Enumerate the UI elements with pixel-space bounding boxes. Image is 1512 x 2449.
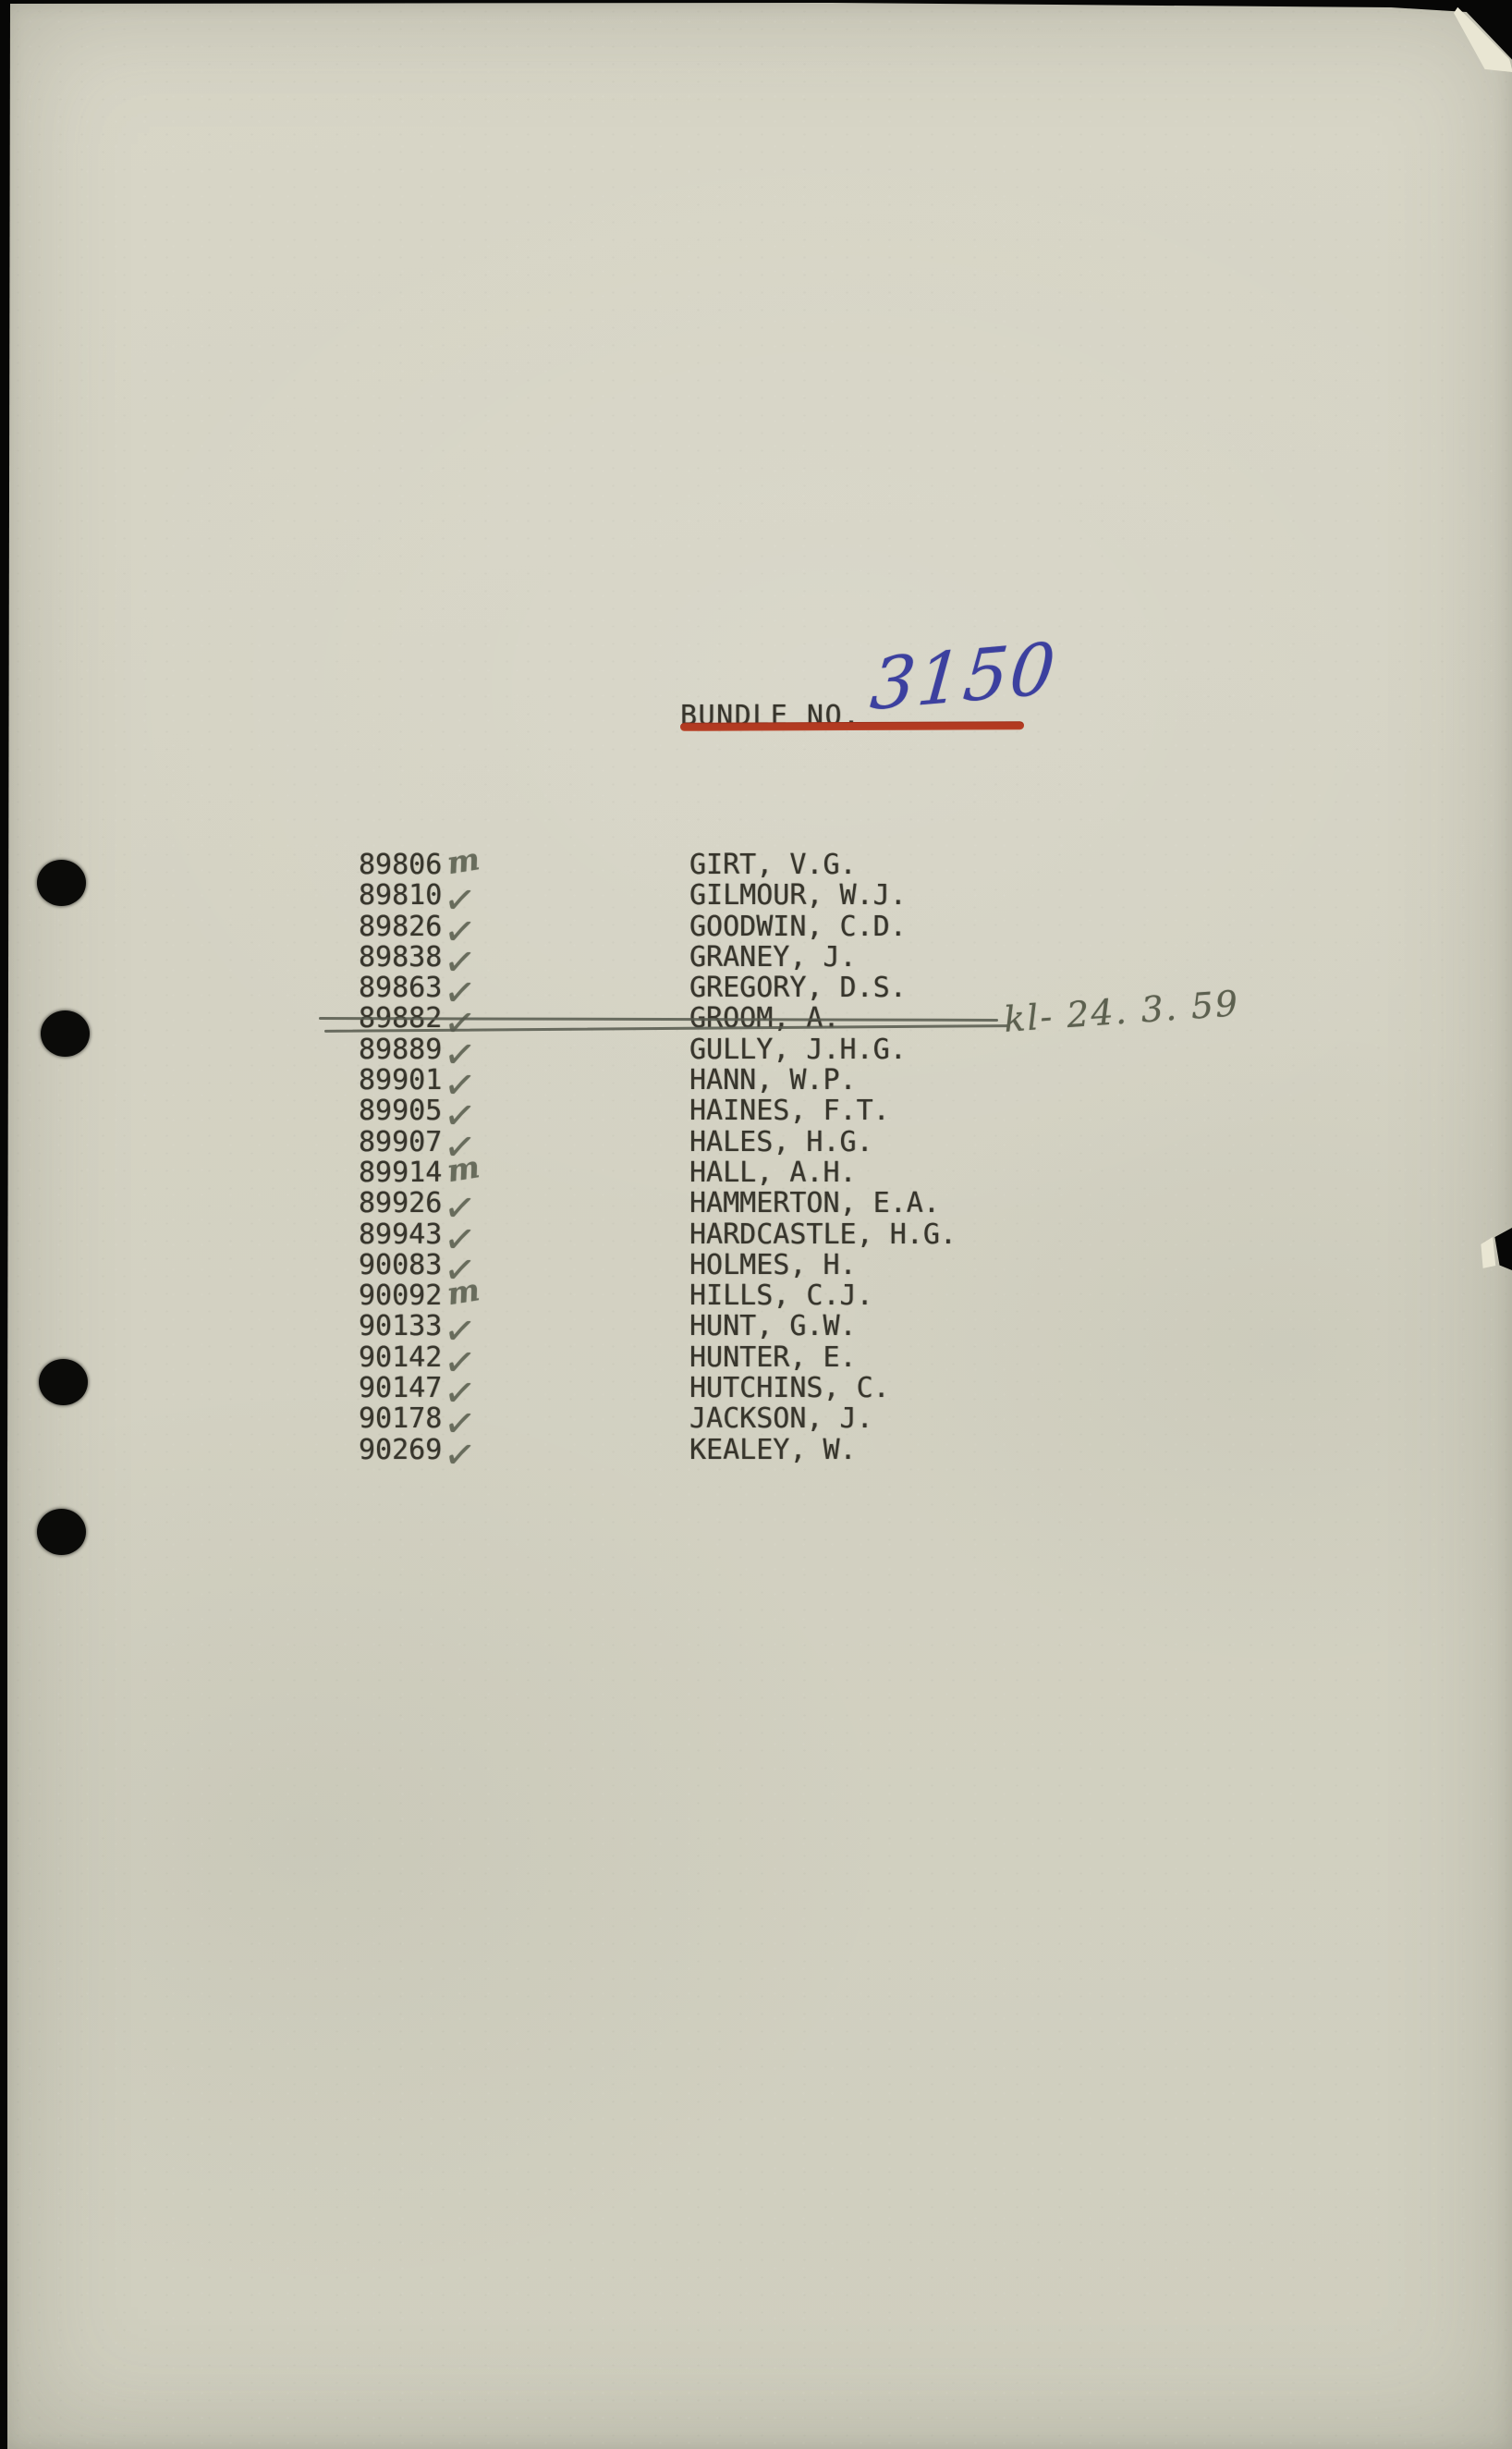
record-number: 89926 [359,1188,442,1218]
record-number: 89863 [359,973,442,1003]
list-row: 90269 ✓ KEALEY, W. [359,1435,1190,1465]
record-name: HALL, A.H. [689,1157,857,1188]
record-name: HAINES, F.T. [689,1096,890,1126]
record-number: 89943 [359,1219,442,1250]
record-number: 89806 [359,850,442,880]
hole-punch [37,860,86,906]
scanned-document-page: BUNDLE NO. 3150 89806 m GIRT, V.G. 89810… [0,0,1512,2449]
list-row: 90142 ✓ HUNTER, E. [359,1342,1190,1373]
record-name: HUNTER, E. [689,1342,857,1373]
record-name: HAMMERTON, E.A. [689,1188,940,1218]
list-row: 90133 ✓ HUNT, G.W. [359,1311,1190,1341]
list-row: 89838 ✓ GRANEY, J. [359,942,1190,973]
record-list: 89806 m GIRT, V.G. 89810 ✓ GILMOUR, W.J.… [359,850,1190,1465]
bundle-number-handwritten: 3150 [868,633,1059,720]
list-row: 89901 ✓ HANN, W.P. [359,1065,1190,1096]
record-number: 89905 [359,1096,442,1126]
list-row: 89943 ✓ HARDCASTLE, H.G. [359,1219,1190,1250]
record-name: HOLMES, H. [689,1250,857,1280]
hole-punch [39,1359,88,1405]
record-name: GRANEY, J. [689,942,857,973]
checkmark-icon: ✓ [445,1439,475,1469]
record-name: GREGORY, D.S. [689,973,907,1003]
record-number: 89907 [359,1127,442,1157]
record-number: 90178 [359,1403,442,1434]
record-number: 90092 [359,1280,442,1311]
record-name: HUTCHINS, C. [689,1373,890,1403]
record-number: 89826 [359,912,442,942]
list-row: 89914 m HALL, A.H. [359,1157,1190,1188]
record-number: 90147 [359,1373,442,1403]
record-name: GILMOUR, W.J. [689,880,907,911]
record-number: 90133 [359,1311,442,1341]
checkmark-icon: m [445,847,482,876]
record-number: 89838 [359,942,442,973]
list-row: 89905 ✓ HAINES, F.T. [359,1096,1190,1126]
hole-punch [37,1509,86,1555]
record-name: GIRT, V.G. [689,850,857,880]
record-name: KEALEY, W. [689,1435,857,1465]
list-row: 89810 ✓ GILMOUR, W.J. [359,880,1190,911]
list-row: 89826 ✓ GOODWIN, C.D. [359,912,1190,942]
record-name: HUNT, G.W. [689,1311,857,1341]
record-name: GOODWIN, C.D. [689,912,907,942]
checkmark-icon: m [445,1278,482,1306]
list-row: 90092 m HILLS, C.J. [359,1280,1190,1311]
list-row: 89907 ✓ HALES, H.G. [359,1127,1190,1157]
record-name: HANN, W.P. [689,1065,857,1096]
red-underline [680,721,1024,731]
record-number: 89810 [359,880,442,911]
hole-punch [41,1010,90,1057]
record-number: 90142 [359,1342,442,1373]
record-name: HILLS, C.J. [689,1280,873,1311]
list-row: 89926 ✓ HAMMERTON, E.A. [359,1188,1190,1218]
list-row: 90083 ✓ HOLMES, H. [359,1250,1190,1280]
record-number: 89914 [359,1157,442,1188]
checkmark-icon: m [445,1155,482,1183]
list-row: 89889 ✓ GULLY, J.H.G. [359,1035,1190,1065]
record-name: JACKSON, J. [689,1403,873,1434]
record-number: 90083 [359,1250,442,1280]
record-number: 89901 [359,1065,442,1096]
record-name: HARDCASTLE, H.G. [689,1219,957,1250]
list-row: 89806 m GIRT, V.G. [359,850,1190,880]
record-number: 89889 [359,1035,442,1065]
list-row: 90178 ✓ JACKSON, J. [359,1403,1190,1434]
record-name: HALES, H.G. [689,1127,873,1157]
record-name: GULLY, J.H.G. [689,1035,907,1065]
list-row: 90147 ✓ HUTCHINS, C. [359,1373,1190,1403]
record-number: 90269 [359,1435,442,1465]
